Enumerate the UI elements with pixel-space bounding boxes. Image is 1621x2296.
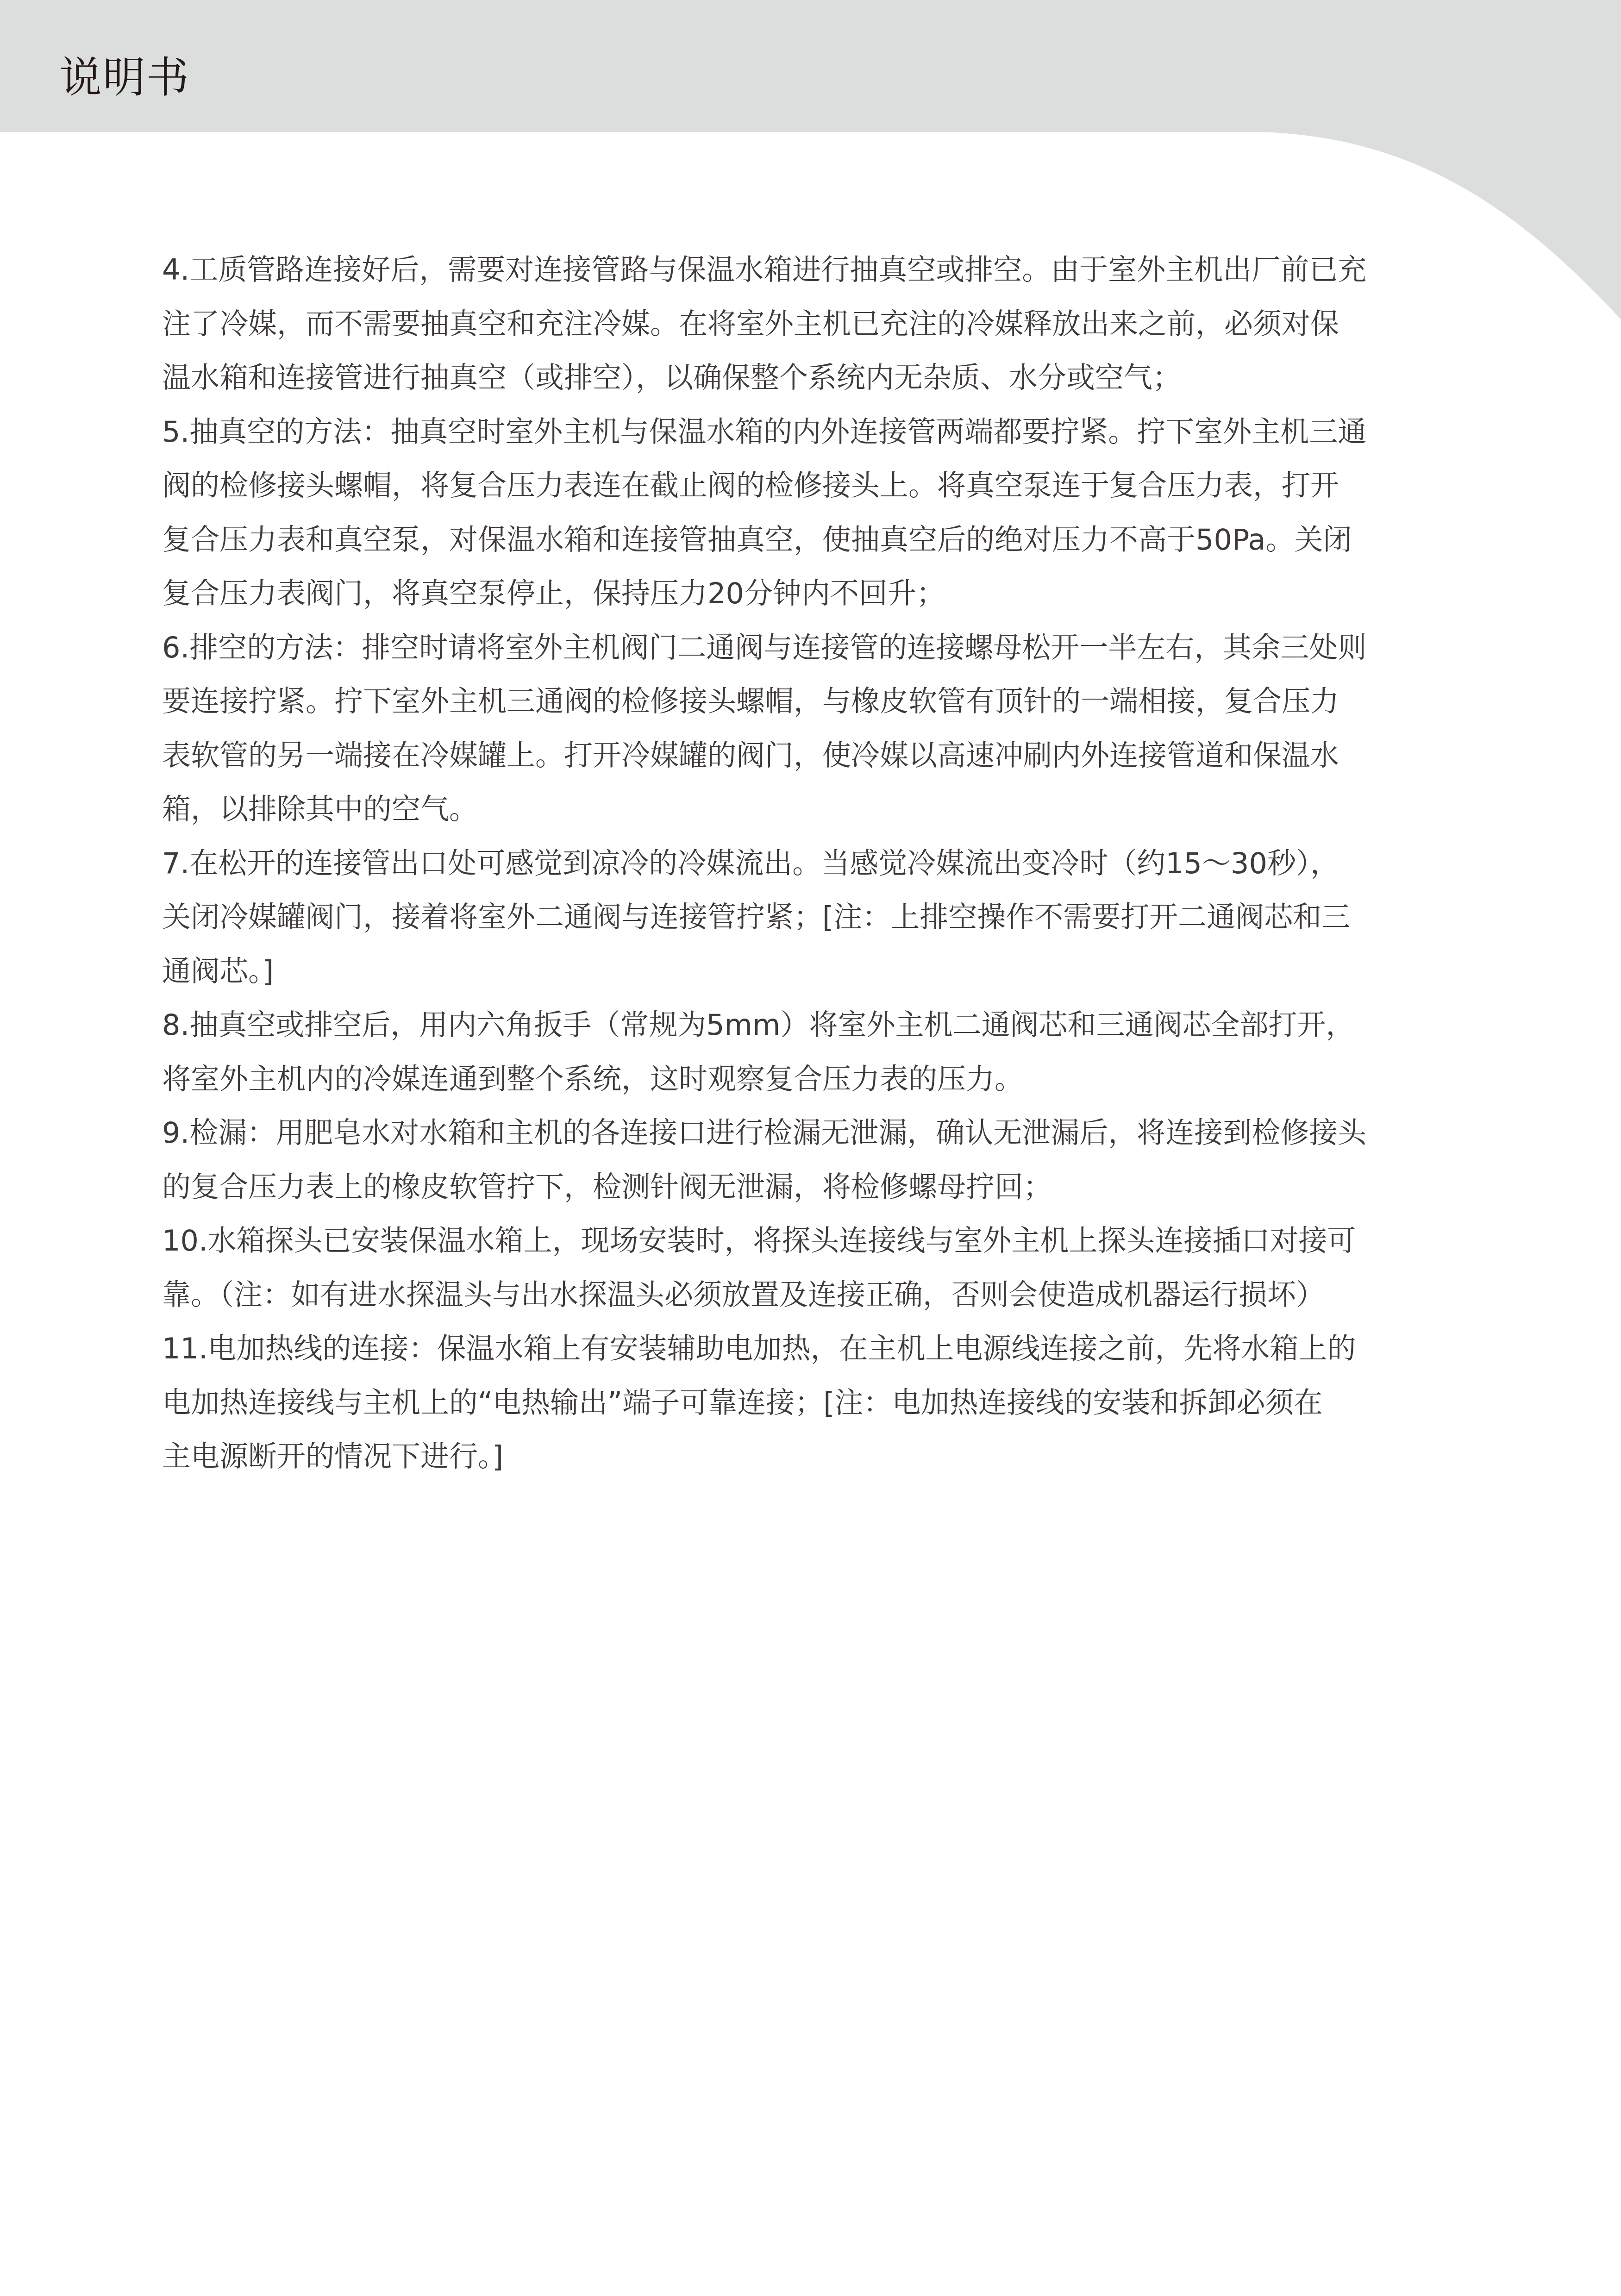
text-line: 将室外主机内的冷媒连通到整个系统，这时观察复合压力表的压力。	[162, 1052, 1458, 1107]
text-line: 8.抽真空或排空后，用内六角扳手（常规为5mm）将室外主机二通阀芯和三通阀芯全部…	[162, 998, 1458, 1052]
paragraph-10: 10.水箱探头已安装保温水箱上，现场安装时，将探头连接线与室外主机上探头连接插口…	[162, 1214, 1458, 1322]
paragraph-6: 6.排空的方法：排空时请将室外主机阀门二通阀与连接管的连接螺母松开一半左右，其余…	[162, 621, 1458, 837]
text-line: 5.抽真空的方法：抽真空时室外主机与保温水箱的内外连接管两端都要拧紧。拧下室外主…	[162, 405, 1458, 459]
text-line: 4.工质管路连接好后，需要对连接管路与保温水箱进行抽真空或排空。由于室外主机出厂…	[162, 243, 1458, 297]
text-line: 靠。（注：如有进水探温头与出水探温头必须放置及连接正确，否则会使造成机器运行损坏…	[162, 1268, 1458, 1322]
paragraph-5: 5.抽真空的方法：抽真空时室外主机与保温水箱的内外连接管两端都要拧紧。拧下室外主…	[162, 405, 1458, 621]
text-line: 7.在松开的连接管出口处可感觉到凉冷的冷媒流出。当感觉冷媒流出变冷时（约15～3…	[162, 837, 1458, 891]
text-line: 箱，以排除其中的空气。	[162, 782, 1458, 837]
text-line: 要连接拧紧。拧下室外主机三通阀的检修接头螺帽，与橡皮软管有顶针的一端相接，复合压…	[162, 675, 1458, 729]
text-line: 通阀芯。]	[162, 945, 1458, 999]
text-line: 表软管的另一端接在冷媒罐上。打开冷媒罐的阀门，使冷媒以高速冲刷内外连接管道和保温…	[162, 729, 1458, 783]
text-line: 关闭冷媒罐阀门，接着将室外二通阀与连接管拧紧；[注：上排空操作不需要打开二通阀芯…	[162, 890, 1458, 945]
text-line: 的复合压力表上的橡皮软管拧下，检测针阀无泄漏，将检修螺母拧回；	[162, 1160, 1458, 1214]
document-body: 4.工质管路连接好后，需要对连接管路与保温水箱进行抽真空或排空。由于室外主机出厂…	[162, 243, 1458, 1484]
text-line: 复合压力表和真空泵，对保温水箱和连接管抽真空，使抽真空后的绝对压力不高于50Pa…	[162, 513, 1458, 567]
text-line: 复合压力表阀门，将真空泵停止，保持压力20分钟内不回升；	[162, 567, 1458, 621]
paragraph-7: 7.在松开的连接管出口处可感觉到凉冷的冷媒流出。当感觉冷媒流出变冷时（约15～3…	[162, 837, 1458, 999]
text-line: 主电源断开的情况下进行。]	[162, 1430, 1458, 1484]
text-line: 11.电加热线的连接：保温水箱上有安装辅助电加热，在主机上电源线连接之前，先将水…	[162, 1322, 1458, 1376]
text-line: 电加热连接线与主机上的“电热输出”端子可靠连接；[注：电加热连接线的安装和拆卸必…	[162, 1376, 1458, 1430]
text-line: 9.检漏：用肥皂水对水箱和主机的各连接口进行检漏无泄漏，确认无泄漏后，将连接到检…	[162, 1106, 1458, 1160]
paragraph-4: 4.工质管路连接好后，需要对连接管路与保温水箱进行抽真空或排空。由于室外主机出厂…	[162, 243, 1458, 405]
paragraph-8: 8.抽真空或排空后，用内六角扳手（常规为5mm）将室外主机二通阀芯和三通阀芯全部…	[162, 998, 1458, 1106]
page-title: 说明书	[59, 55, 190, 101]
text-line: 6.排空的方法：排空时请将室外主机阀门二通阀与连接管的连接螺母松开一半左右，其余…	[162, 621, 1458, 675]
paragraph-11: 11.电加热线的连接：保温水箱上有安装辅助电加热，在主机上电源线连接之前，先将水…	[162, 1322, 1458, 1484]
text-line: 温水箱和连接管进行抽真空（或排空），以确保整个系统内无杂质、水分或空气；	[162, 351, 1458, 405]
text-line: 10.水箱探头已安装保温水箱上，现场安装时，将探头连接线与室外主机上探头连接插口…	[162, 1214, 1458, 1268]
text-line: 阀的检修接头螺帽，将复合压力表连在截止阀的检修接头上。将真空泵连于复合压力表，打…	[162, 459, 1458, 513]
text-line: 注了冷媒，而不需要抽真空和充注冷媒。在将室外主机已充注的冷媒释放出来之前，必须对…	[162, 297, 1458, 351]
paragraph-9: 9.检漏：用肥皂水对水箱和主机的各连接口进行检漏无泄漏，确认无泄漏后，将连接到检…	[162, 1106, 1458, 1214]
